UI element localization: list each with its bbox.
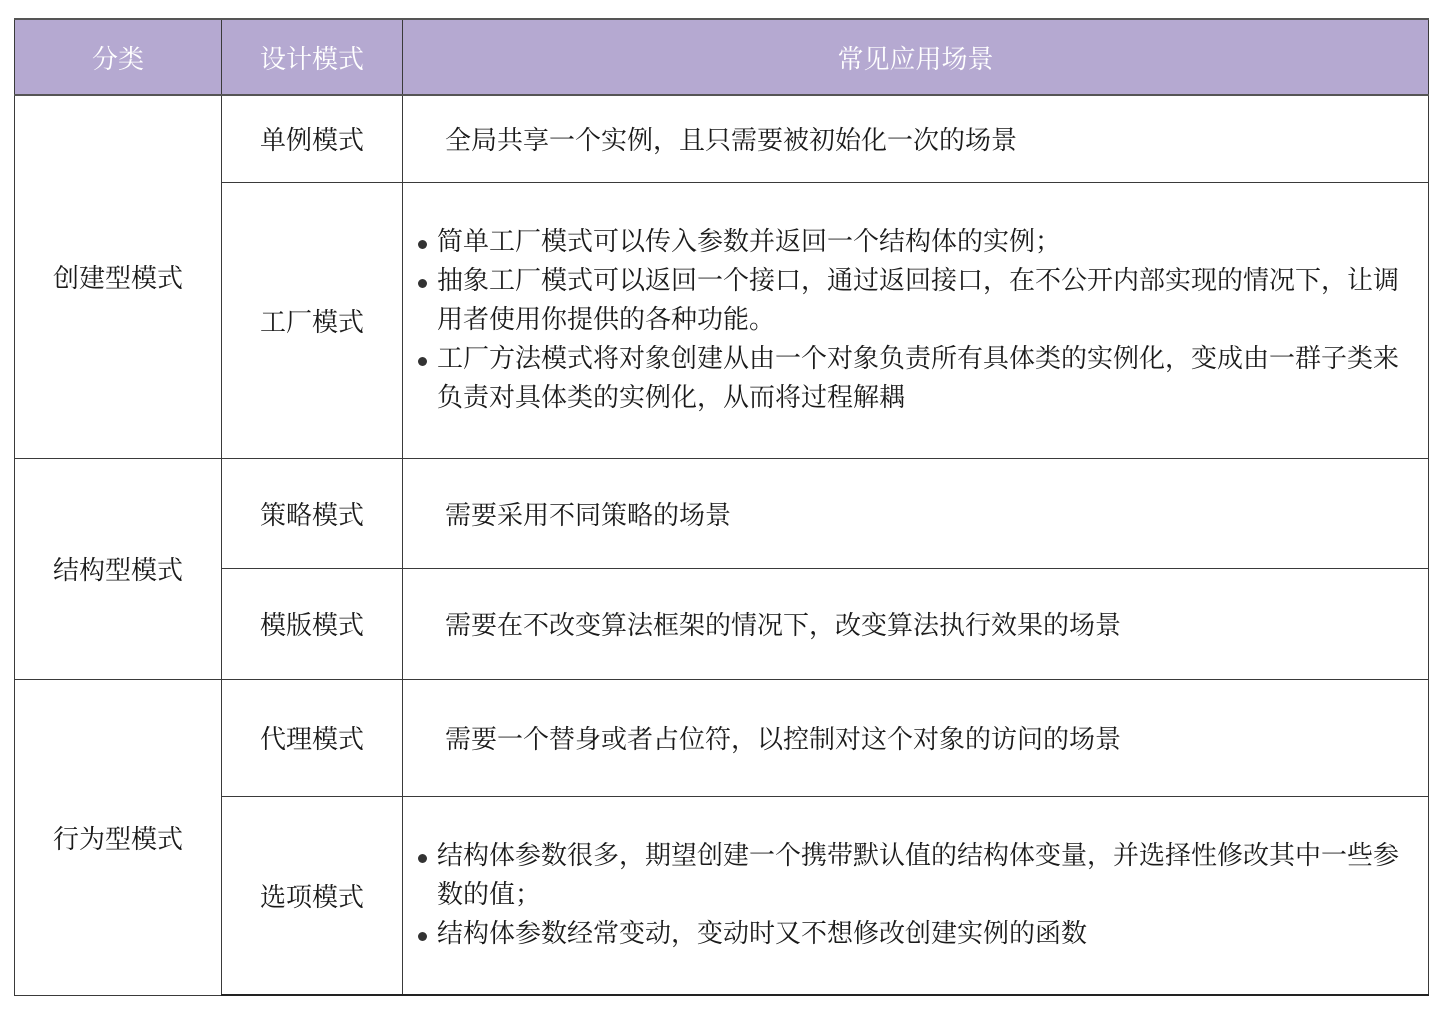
table-row: 行为型模式 代理模式 需要一个替身或者占位符，以控制对这个对象的访问的场景 bbox=[15, 679, 1429, 796]
table-row: 创建型模式 单例模式 全局共享一个实例，且只需要被初始化一次的场景 bbox=[15, 95, 1429, 182]
scenario-text: 需要采用不同策略的场景 bbox=[403, 495, 1428, 532]
pattern-cell: 单例模式 bbox=[222, 95, 403, 182]
pattern-cell: 策略模式 bbox=[222, 458, 403, 568]
scenario-cell: 简单工厂模式可以传入参数并返回一个结构体的实例； 抽象工厂模式可以返回一个接口，… bbox=[403, 182, 1429, 458]
pattern-cell: 代理模式 bbox=[222, 679, 403, 796]
scenario-cell: 需要一个替身或者占位符，以控制对这个对象的访问的场景 bbox=[403, 679, 1429, 796]
scenario-bullet-list: 结构体参数很多，期望创建一个携带默认值的结构体变量，并选择性修改其中一些参数的值… bbox=[403, 837, 1428, 954]
scenario-cell: 结构体参数很多，期望创建一个携带默认值的结构体变量，并选择性修改其中一些参数的值… bbox=[403, 796, 1429, 995]
pattern-cell: 工厂模式 bbox=[222, 182, 403, 458]
category-cell: 创建型模式 bbox=[15, 95, 222, 458]
scenario-cell: 全局共享一个实例，且只需要被初始化一次的场景 bbox=[403, 95, 1429, 182]
bullet-icon bbox=[418, 279, 427, 288]
category-cell: 行为型模式 bbox=[15, 679, 222, 995]
bullet-icon bbox=[418, 357, 427, 366]
header-pattern: 设计模式 bbox=[222, 19, 403, 95]
scenario-text: 需要在不改变算法框架的情况下，改变算法执行效果的场景 bbox=[403, 605, 1428, 642]
list-item: 简单工厂模式可以传入参数并返回一个结构体的实例； bbox=[415, 223, 1422, 262]
pattern-cell: 模版模式 bbox=[222, 568, 403, 679]
list-item: 结构体参数很多，期望创建一个携带默认值的结构体变量，并选择性修改其中一些参数的值… bbox=[415, 837, 1422, 915]
category-cell: 结构型模式 bbox=[15, 458, 222, 679]
bullet-icon bbox=[418, 932, 427, 941]
design-patterns-table: 分类 设计模式 常见应用场景 创建型模式 单例模式 全局共享一个实例，且只需要被… bbox=[14, 18, 1429, 996]
list-item: 工厂方法模式将对象创建从由一个对象负责所有具体类的实例化，变成由一群子类来负责对… bbox=[415, 340, 1422, 418]
header-scenario: 常见应用场景 bbox=[403, 19, 1429, 95]
pattern-cell: 选项模式 bbox=[222, 796, 403, 995]
scenario-cell: 需要采用不同策略的场景 bbox=[403, 458, 1429, 568]
scenario-text: 需要一个替身或者占位符，以控制对这个对象的访问的场景 bbox=[403, 719, 1428, 756]
bullet-icon bbox=[418, 854, 427, 863]
table-row: 模版模式 需要在不改变算法框架的情况下，改变算法执行效果的场景 bbox=[15, 568, 1429, 679]
list-item: 结构体参数经常变动，变动时又不想修改创建实例的函数 bbox=[415, 915, 1422, 954]
table-row: 工厂模式 简单工厂模式可以传入参数并返回一个结构体的实例； 抽象工厂模式可以返回… bbox=[15, 182, 1429, 458]
table-row: 选项模式 结构体参数很多，期望创建一个携带默认值的结构体变量，并选择性修改其中一… bbox=[15, 796, 1429, 995]
scenario-text: 全局共享一个实例，且只需要被初始化一次的场景 bbox=[403, 120, 1428, 157]
bullet-icon bbox=[418, 240, 427, 249]
list-item: 抽象工厂模式可以返回一个接口，通过返回接口，在不公开内部实现的情况下，让调用者使… bbox=[415, 262, 1422, 340]
table-header: 分类 设计模式 常见应用场景 bbox=[15, 19, 1429, 95]
table-row: 结构型模式 策略模式 需要采用不同策略的场景 bbox=[15, 458, 1429, 568]
header-category: 分类 bbox=[15, 19, 222, 95]
scenario-bullet-list: 简单工厂模式可以传入参数并返回一个结构体的实例； 抽象工厂模式可以返回一个接口，… bbox=[403, 223, 1428, 418]
scenario-cell: 需要在不改变算法框架的情况下，改变算法执行效果的场景 bbox=[403, 568, 1429, 679]
